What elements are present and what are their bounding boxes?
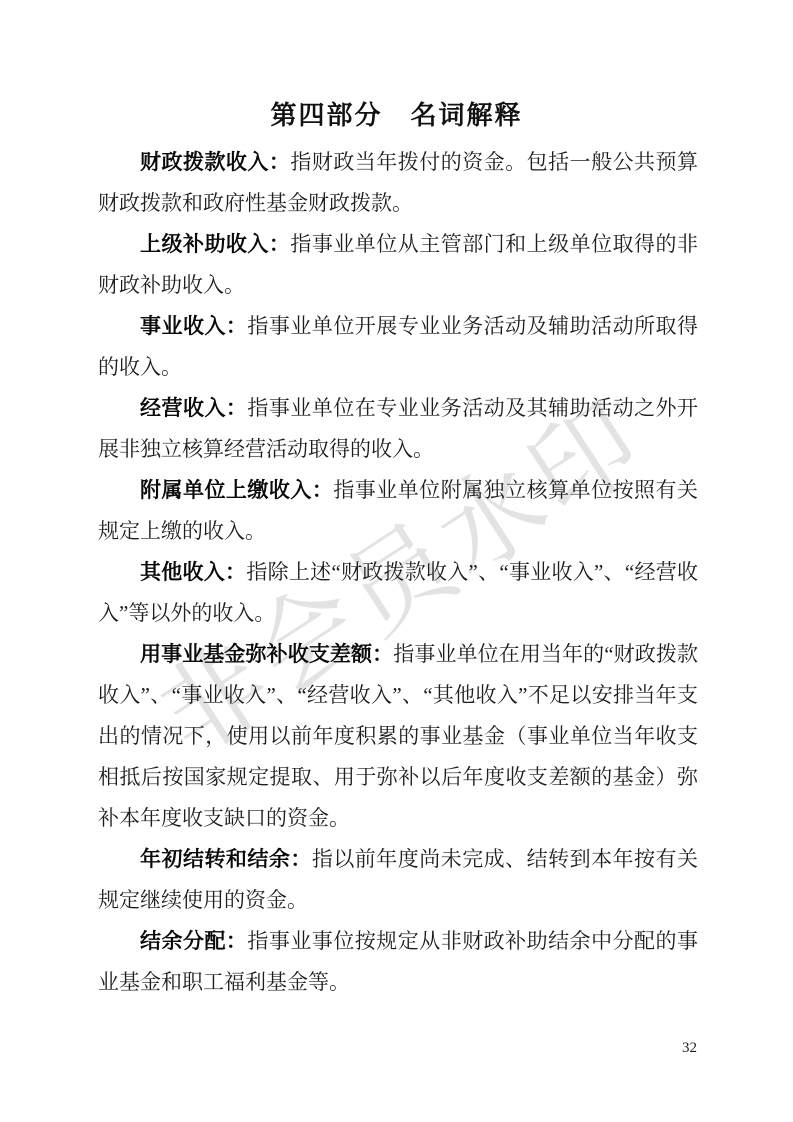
glossary-term: 财政拨款收入： xyxy=(140,151,290,174)
page-title: 第四部分 名词解释 xyxy=(0,0,793,130)
document-page: 非会员水印 第四部分 名词解释 财政拨款收入：指财政当年拨付的资金。包括一般公共… xyxy=(0,0,793,1122)
glossary-paragraph: 结余分配：指事业事位按规定从非财政补助结余中分配的事业基金和职工福利基金等。 xyxy=(98,921,698,1003)
glossary-paragraph: 经营收入：指事业单位在专业业务活动及其辅助活动之外开展非独立核算经营活动取得的收… xyxy=(98,388,698,470)
glossary-paragraph: 年初结转和结余：指以前年度尚未完成、结转到本年按有关规定继续使用的资金。 xyxy=(98,839,698,921)
glossary-term: 附属单位上缴收入： xyxy=(140,479,333,502)
glossary-term: 事业收入： xyxy=(140,315,247,338)
glossary-paragraph: 事业收入：指事业单位开展专业业务活动及辅助活动所取得的收入。 xyxy=(98,306,698,388)
glossary-term: 结余分配： xyxy=(140,930,247,953)
glossary-definition: 指事业单位在用当年的“财政拨款收入”、“事业收入”、“经营收入”、“其他收入”不… xyxy=(98,642,698,830)
glossary-paragraph: 其他收入：指除上述“财政拨款收入”、“事业收入”、“经营收入”等以外的收入。 xyxy=(98,552,698,634)
glossary-term: 其他收入： xyxy=(140,561,246,584)
glossary-paragraph: 上级补助收入：指事业单位从主管部门和上级单位取得的非财政补助收入。 xyxy=(98,224,698,306)
glossary-term: 年初结转和结余： xyxy=(140,848,312,871)
glossary-paragraph: 用事业基金弥补收支差额：指事业单位在用当年的“财政拨款收入”、“事业收入”、“经… xyxy=(98,634,698,839)
glossary-paragraph: 财政拨款收入：指财政当年拨付的资金。包括一般公共预算财政拨款和政府性基金财政拨款… xyxy=(98,142,698,224)
glossary-term: 上级补助收入： xyxy=(140,233,290,256)
glossary-content: 财政拨款收入：指财政当年拨付的资金。包括一般公共预算财政拨款和政府性基金财政拨款… xyxy=(98,142,698,1003)
page-number: 32 xyxy=(682,1040,697,1057)
glossary-term: 经营收入： xyxy=(140,397,247,420)
glossary-paragraph: 附属单位上缴收入：指事业单位附属独立核算单位按照有关规定上缴的收入。 xyxy=(98,470,698,552)
glossary-term: 用事业基金弥补收支差额： xyxy=(140,643,393,666)
